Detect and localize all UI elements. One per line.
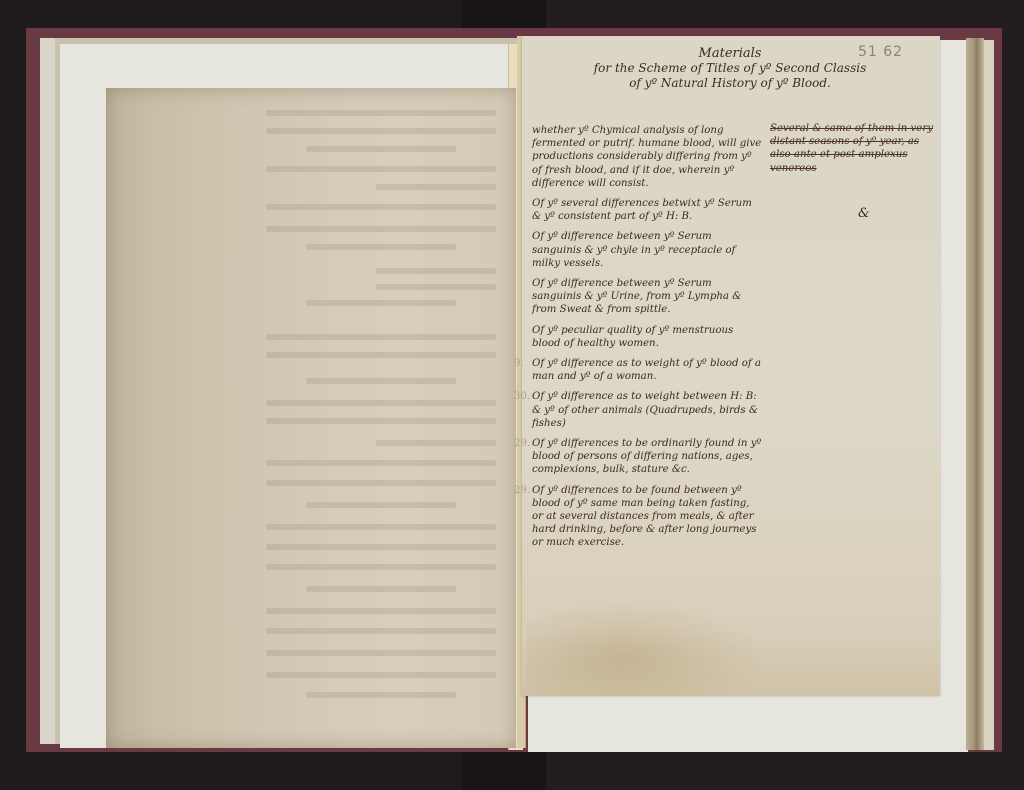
entry-text: Of yº difference between yº Serum sangui… bbox=[532, 231, 735, 268]
title-line-1: Materials bbox=[560, 46, 900, 61]
entry-text: Of yº differences to be ordinarily found… bbox=[532, 438, 761, 475]
flyleaf-right bbox=[984, 40, 994, 750]
entry: Of yº peculiar quality of yº menstruous … bbox=[532, 324, 762, 350]
entry-list: whether yº Chymical analysis of long fer… bbox=[532, 124, 762, 557]
entry: 29. Of yº differences to be found betwee… bbox=[532, 484, 762, 550]
side-note: Several & same of them in very distant s… bbox=[770, 122, 940, 175]
title-line-3: of yº Natural History of yº Blood. bbox=[560, 76, 900, 91]
margin-number: 30. bbox=[514, 390, 530, 403]
entry: Of yº difference between yº Serum sangui… bbox=[532, 230, 762, 270]
entry: Of yº difference between yº Serum sangui… bbox=[532, 277, 762, 317]
page-title: Materials for the Scheme of Titles of yº… bbox=[560, 46, 900, 91]
entry-text: Of yº difference as to weight between H:… bbox=[532, 391, 758, 428]
entry-text: Of yº difference between yº Serum sangui… bbox=[532, 278, 741, 315]
entry: 9. Of yº difference as to weight of yº b… bbox=[532, 357, 762, 383]
left-page-bleedthrough bbox=[106, 88, 516, 748]
margin-number: 29. bbox=[514, 437, 530, 450]
side-note-text: Several & same of them in very distant s… bbox=[770, 123, 933, 174]
entry: whether yº Chymical analysis of long fer… bbox=[532, 124, 762, 190]
entry: Of yº several differences betwixt yº Ser… bbox=[532, 197, 762, 223]
title-line-2: for the Scheme of Titles of yº Second Cl… bbox=[560, 61, 900, 76]
entry-text: Of yº peculiar quality of yº menstruous … bbox=[532, 325, 733, 349]
margin-number: 29. bbox=[514, 484, 530, 497]
entry: 30. Of yº difference as to weight betwee… bbox=[532, 390, 762, 430]
entry: 29. Of yº differences to be ordinarily f… bbox=[532, 437, 762, 477]
entry-text: whether yº Chymical analysis of long fer… bbox=[532, 125, 761, 189]
entry-text: Of yº differences to be found between yº… bbox=[532, 485, 756, 549]
ampersand-mark: & bbox=[858, 206, 870, 221]
page-edges-right bbox=[966, 38, 984, 750]
folio-number: 51 62 bbox=[858, 44, 903, 60]
margin-number: 9. bbox=[514, 357, 524, 370]
water-stain bbox=[526, 600, 766, 696]
entry-text: Of yº difference as to weight of yº bloo… bbox=[532, 358, 761, 382]
entry-text: Of yº several differences betwixt yº Ser… bbox=[532, 198, 752, 222]
